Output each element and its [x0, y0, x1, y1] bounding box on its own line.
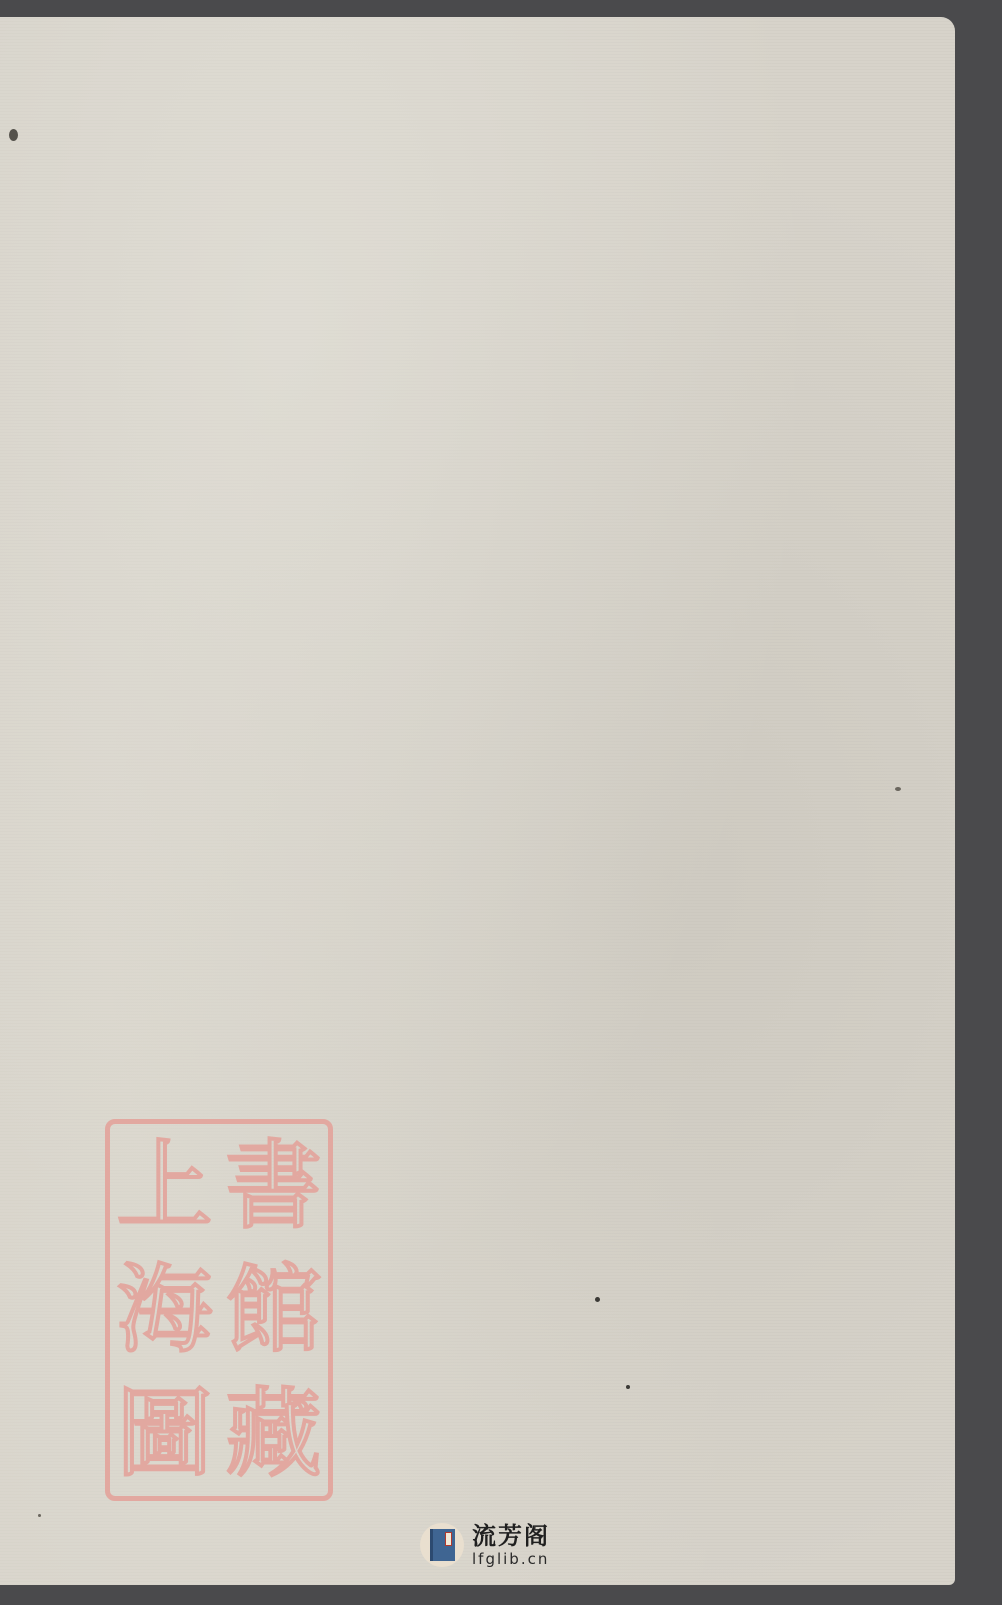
seal-char: 海	[110, 1248, 219, 1372]
watermark-url: lfglib.cn	[472, 1552, 550, 1567]
seal-char: 藏	[219, 1372, 328, 1496]
scanned-page: 上 海 圖 書 館 藏	[0, 17, 955, 1585]
book-icon	[420, 1523, 464, 1567]
ink-spot	[626, 1385, 630, 1389]
library-seal: 上 海 圖 書 館 藏	[105, 1119, 333, 1501]
seal-char: 上	[110, 1124, 219, 1248]
ink-spot	[595, 1297, 600, 1302]
seal-char: 館	[219, 1248, 328, 1372]
site-watermark: 流芳阁 lfglib.cn	[420, 1521, 550, 1569]
ink-spot	[38, 1514, 41, 1517]
seal-char: 書	[219, 1124, 328, 1248]
seal-char: 圖	[110, 1372, 219, 1496]
watermark-title: 流芳阁	[472, 1524, 550, 1548]
ink-spot	[9, 129, 18, 141]
ink-spot	[895, 787, 901, 791]
